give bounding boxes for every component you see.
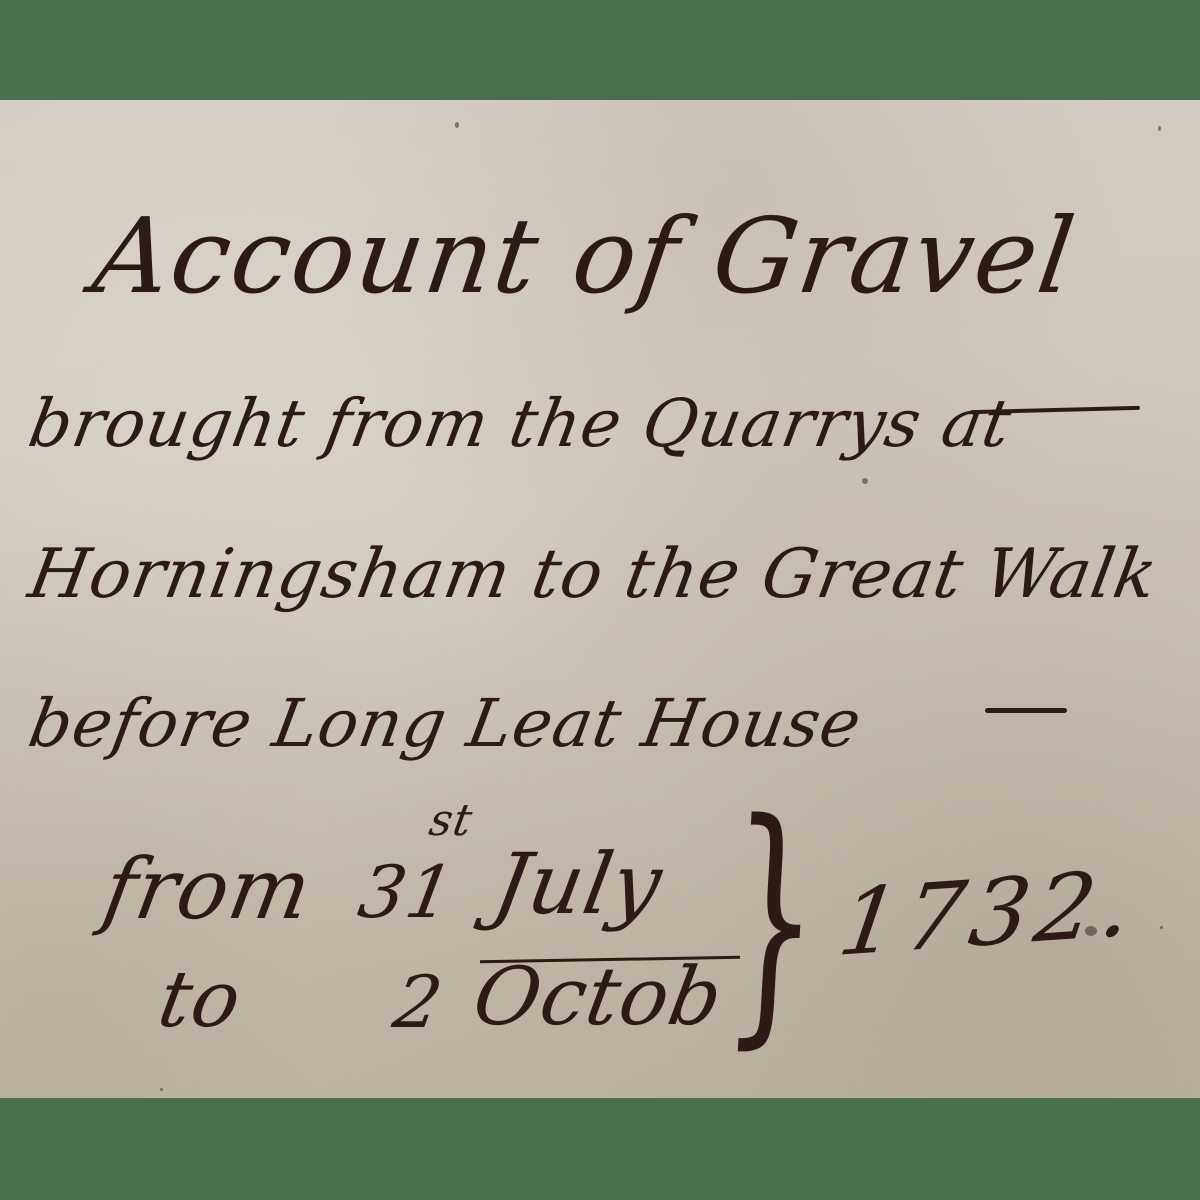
ink-speck [455, 122, 459, 128]
ink-speck [862, 478, 868, 484]
from-label: from [96, 840, 319, 938]
text-line-1: brought from the Quarrys at [23, 385, 1017, 462]
ink-speck [1158, 126, 1161, 131]
document-title: Account of Gravel [86, 195, 1083, 317]
text-line-2: Horningsham to the Great Walk [23, 535, 1164, 614]
from-day-suffix: st [426, 795, 477, 846]
to-day: 2 [388, 960, 450, 1044]
year: 1732. [832, 850, 1144, 977]
manuscript-paper: Account of Gravel brought from the Quarr… [0, 100, 1200, 1098]
from-month: July [486, 835, 669, 933]
photo-frame: Account of Gravel brought from the Quarr… [0, 0, 1200, 1200]
curly-brace-icon: } [720, 790, 826, 1050]
from-day: 31 [353, 850, 461, 934]
line-dash [985, 708, 1067, 713]
ink-speck [1160, 926, 1163, 929]
text-line-3: before Long Leat House [23, 685, 867, 762]
to-label: to [152, 955, 248, 1045]
to-month: Octob [467, 950, 730, 1043]
date-range-block: from 31 st July to 2 Octob } 1732. [95, 780, 1145, 1098]
